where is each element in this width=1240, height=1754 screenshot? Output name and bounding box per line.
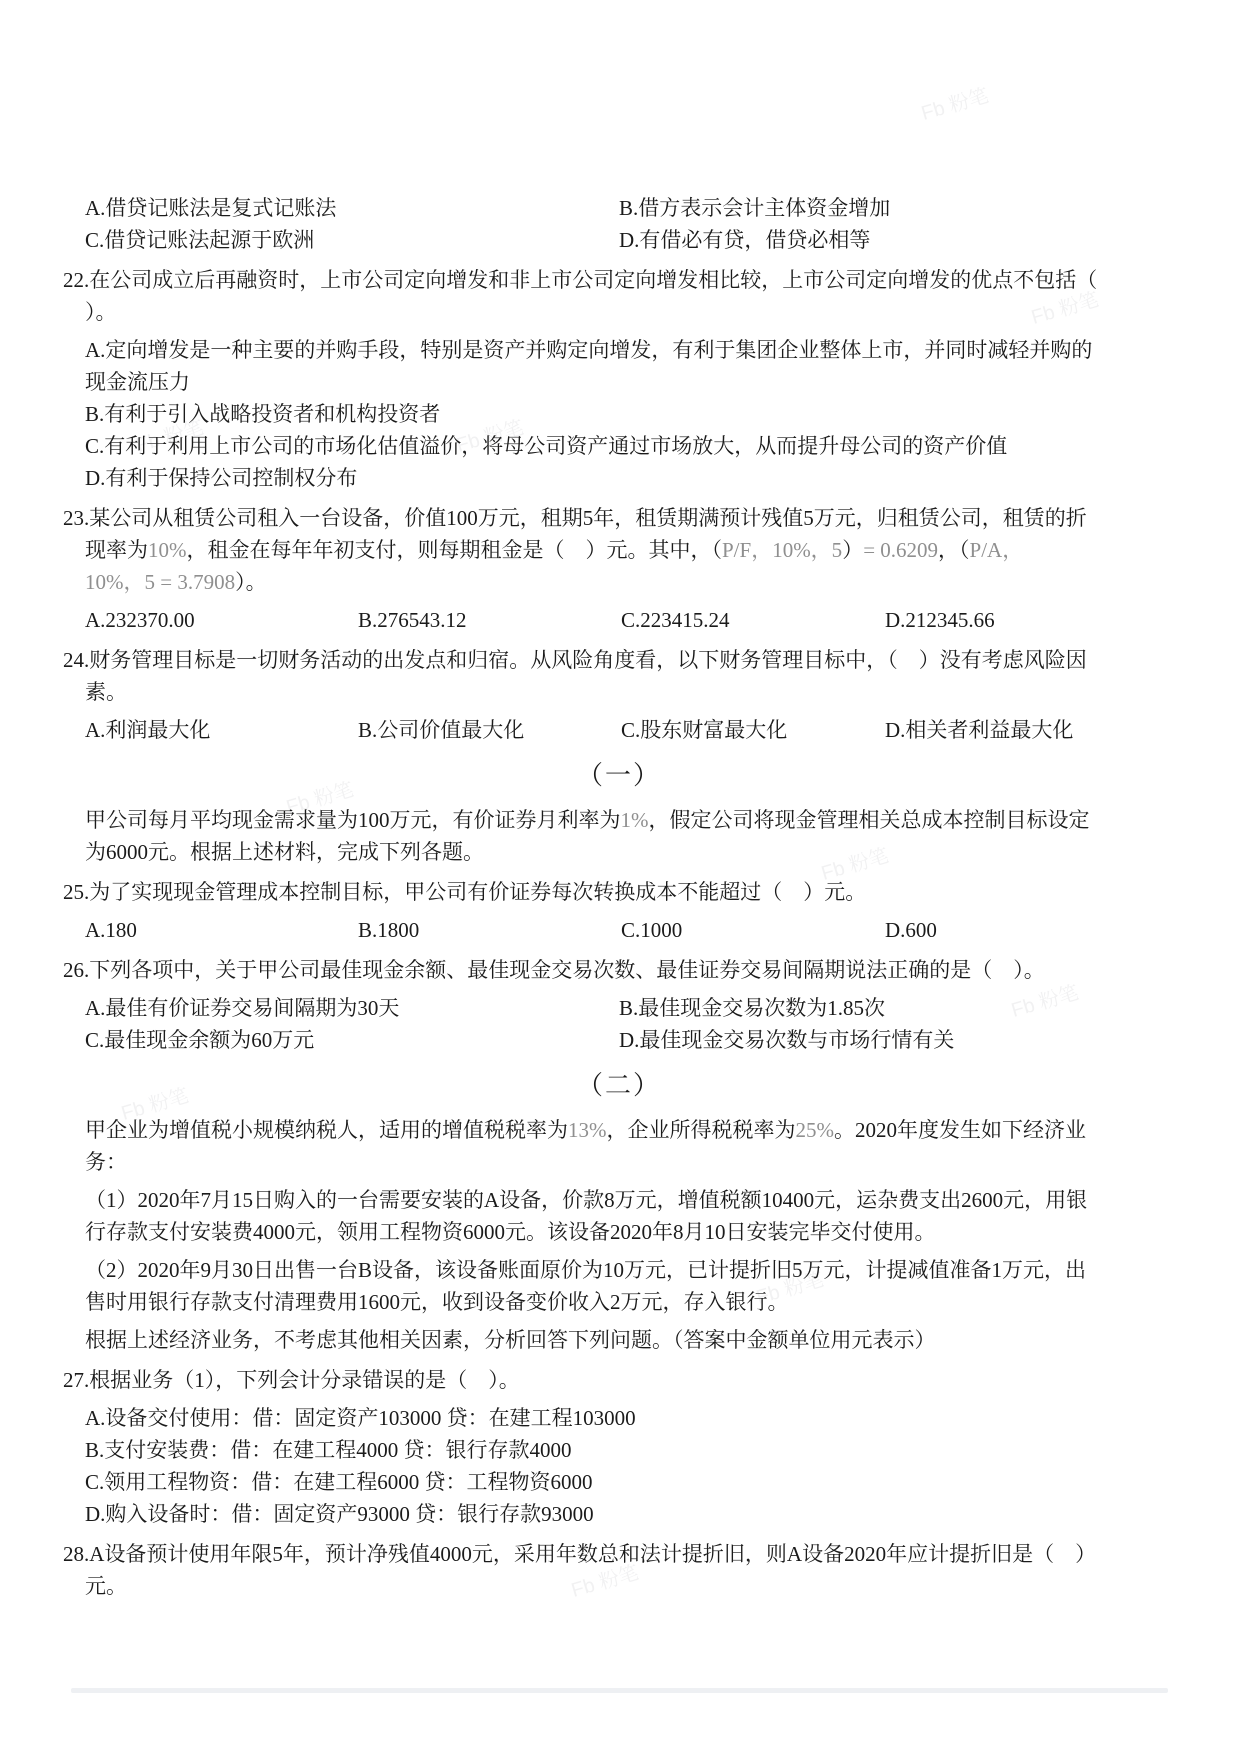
question-line: 22.在公司成立后再融资时，上市公司定向增发和非上市公司定向增发相比较，上市公司…: [63, 264, 1175, 296]
section-header: （一）: [63, 754, 1175, 798]
text-segment: 26.下列各项中，关于甲公司最佳现金余额、最佳现金交易次数、最佳证券交易间隔期说…: [63, 958, 1045, 982]
text-segment: 素。: [85, 680, 127, 704]
text-segment: A.定向增发是一种主要的并购手段，特别是资产并购定向增发，有利于集团企业整体上市…: [85, 338, 1092, 362]
paragraph-line: 售时用银行存款支付清理费用1600元，收到设备变价收入2万元，存入银行。: [63, 1286, 1175, 1318]
text-segment: 为6000元。根据上述材料，完成下列各题。: [85, 840, 484, 864]
option-cell: B.最佳现金交易次数为1.85次: [619, 992, 1175, 1024]
paragraph-line: （2）2020年9月30日出售一台B设备，该设备账面原价为10万元，已计提折旧5…: [63, 1254, 1175, 1286]
option-row: A.180B.1800C.1000D.600: [63, 914, 1175, 946]
text-segment: C.领用工程物资：借：在建工程6000 贷：工程物资6000: [85, 1470, 593, 1494]
paragraph-line: 务：: [63, 1146, 1175, 1178]
text-segment: ）: [842, 538, 863, 562]
option-line: D.有利于保持公司控制权分布: [63, 462, 1175, 494]
paragraph-line: 根据上述经济业务，不考虑其他相关因素，分析回答下列问题。（答案中金额单位用元表示…: [63, 1324, 1175, 1356]
question-line: 28.A设备预计使用年限5年，预计净残值4000元，采用年数总和法计提折旧，则A…: [63, 1538, 1175, 1570]
option-list: A.设备交付使用：借：固定资产103000 贷：在建工程103000B.支付安装…: [63, 1402, 1175, 1530]
option-line: A.设备交付使用：借：固定资产103000 贷：在建工程103000: [63, 1402, 1175, 1434]
text-segment: D.购入设备时：借：固定资产93000 贷：银行存款93000: [85, 1502, 594, 1526]
option-cell: C.股东财富最大化: [621, 714, 885, 746]
text-segment: ）。: [235, 570, 267, 594]
option-cell: D.212345.66: [885, 604, 1175, 636]
option-row: A.借贷记账法是复式记账法B.借方表示会计主体资金增加: [63, 192, 1175, 224]
formula: P/A，: [970, 538, 1024, 562]
option-cell: D.相关者利益最大化: [885, 714, 1175, 746]
formula: 10%，5 = 3.7908: [85, 570, 235, 594]
exam-question: 28.A设备预计使用年限5年，预计净残值4000元，采用年数总和法计提折旧，则A…: [63, 1538, 1175, 1602]
question-line: 23.某公司从租赁公司租入一台设备，价值100万元，租期5年，租赁期满预计残值5…: [63, 502, 1175, 534]
text-segment: （2）2020年9月30日出售一台B设备，该设备账面原价为10万元，已计提折旧5…: [85, 1258, 1086, 1282]
question-line: 素。: [63, 676, 1175, 708]
option-cell: B.1800: [358, 914, 621, 946]
option-line: 现金流压力: [63, 366, 1175, 398]
paragraph-line: （1）2020年7月15日购入的一台需要安装的A设备，价款8万元，增值税额104…: [63, 1184, 1175, 1216]
option-cell: A.180: [85, 914, 358, 946]
question-line: ）。: [63, 296, 1175, 328]
formula: 25%: [796, 1118, 835, 1142]
option-cell: B.276543.12: [358, 604, 621, 636]
text-segment: 售时用银行存款支付清理费用1600元，收到设备变价收入2万元，存入银行。: [85, 1290, 789, 1314]
text-segment: 行存款支付安装费4000元，领用工程物资6000元。该设备2020年8月10日安…: [85, 1220, 936, 1244]
option-cell: B.借方表示会计主体资金增加: [619, 192, 1175, 224]
exam-question: 22.在公司成立后再融资时，上市公司定向增发和非上市公司定向增发相比较，上市公司…: [63, 264, 1175, 328]
text-segment: 甲企业为增值税小规模纳税人，适用的增值税税率为: [85, 1118, 568, 1142]
text-segment: 27.根据业务（1），下列会计分录错误的是（ ）。: [63, 1368, 520, 1392]
question-line: 现率为10%，租金在每年年初支付，则每期租金是（ ）元。其中，（P/F，10%，…: [63, 534, 1175, 566]
exam-question: 23.某公司从租赁公司租入一台设备，价值100万元，租期5年，租赁期满预计残值5…: [63, 502, 1175, 598]
option-cell: D.最佳现金交易次数与市场行情有关: [619, 1024, 1175, 1056]
option-row: A.最佳有价证券交易间隔期为30天B.最佳现金交易次数为1.85次: [63, 992, 1175, 1024]
option-line: C.有利于利用上市公司的市场化估值溢价，将母公司资产通过市场放大，从而提升母公司…: [63, 430, 1175, 462]
exam-question: 24.财务管理目标是一切财务活动的出发点和归宿。从风险角度看，以下财务管理目标中…: [63, 644, 1175, 708]
text-segment: 务：: [85, 1150, 127, 1174]
question-line: 元。: [63, 1570, 1175, 1602]
paragraph-line: 为6000元。根据上述材料，完成下列各题。: [63, 836, 1175, 868]
text-segment: ）。: [85, 300, 117, 324]
text-segment: 28.A设备预计使用年限5年，预计净残值4000元，采用年数总和法计提折旧，则A…: [63, 1542, 1096, 1566]
paragraph-line: 甲公司每月平均现金需求量为100万元，有价证券月利率为1%，假定公司将现金管理相…: [63, 804, 1175, 836]
option-cell: A.借贷记账法是复式记账法: [85, 192, 619, 224]
question-line: 25.为了实现现金管理成本控制目标，甲公司有价证券每次转换成本不能超过（ ）元。: [63, 876, 1175, 908]
exam-question: 27.根据业务（1），下列会计分录错误的是（ ）。: [63, 1364, 1175, 1396]
text-segment: 现金流压力: [85, 370, 190, 394]
document-content: A.借贷记账法是复式记账法B.借方表示会计主体资金增加C.借贷记账法起源于欧洲D…: [63, 186, 1175, 1602]
option-line: B.支付安装费：借：在建工程4000 贷：银行存款4000: [63, 1434, 1175, 1466]
option-cell: C.最佳现金余额为60万元: [85, 1024, 619, 1056]
question-line: 27.根据业务（1），下列会计分录错误的是（ ）。: [63, 1364, 1175, 1396]
option-list: A.定向增发是一种主要的并购手段，特别是资产并购定向增发，有利于集团企业整体上市…: [63, 334, 1175, 494]
text-segment: A.设备交付使用：借：固定资产103000 贷：在建工程103000: [85, 1406, 636, 1430]
text-segment: 根据上述经济业务，不考虑其他相关因素，分析回答下列问题。（答案中金额单位用元表示…: [85, 1328, 936, 1352]
text-segment: B.有利于引入战略投资者和机构投资者: [85, 402, 440, 426]
option-cell: D.600: [885, 914, 1175, 946]
exam-question: 25.为了实现现金管理成本控制目标，甲公司有价证券每次转换成本不能超过（ ）元。: [63, 876, 1175, 908]
text-segment: ，租金在每年年初支付，则每期租金是（ ）元。其中，（: [187, 538, 723, 562]
text-segment: ，企业所得税税率为: [607, 1118, 796, 1142]
option-line: D.购入设备时：借：固定资产93000 贷：银行存款93000: [63, 1498, 1175, 1530]
watermark: Fb 粉笔: [917, 79, 991, 126]
material-paragraph: 甲企业为增值税小规模纳税人，适用的增值税税率为13%，企业所得税税率为25%。2…: [63, 1114, 1175, 1178]
option-row: C.最佳现金余额为60万元D.最佳现金交易次数与市场行情有关: [63, 1024, 1175, 1056]
text-segment: ，假定公司将现金管理相关总成本控制目标设定: [649, 808, 1090, 832]
material-paragraph: （1）2020年7月15日购入的一台需要安装的A设备，价款8万元，增值税额104…: [63, 1184, 1175, 1248]
text-segment: 22.在公司成立后再融资时，上市公司定向增发和非上市公司定向增发相比较，上市公司…: [63, 268, 1097, 292]
text-segment: B.支付安装费：借：在建工程4000 贷：银行存款4000: [85, 1438, 572, 1462]
section-header: （二）: [63, 1064, 1175, 1108]
page-bottom-divider: [71, 1688, 1168, 1693]
option-cell: D.有借必有贷，借贷必相等: [619, 224, 1175, 256]
option-row: A.利润最大化B.公司价值最大化C.股东财富最大化D.相关者利益最大化: [63, 714, 1175, 746]
paragraph-line: 甲企业为增值税小规模纳税人，适用的增值税税率为13%，企业所得税税率为25%。2…: [63, 1114, 1175, 1146]
option-line: A.定向增发是一种主要的并购手段，特别是资产并购定向增发，有利于集团企业整体上市…: [63, 334, 1175, 366]
text-segment: 元。: [85, 1574, 127, 1598]
text-segment: 甲公司每月平均现金需求量为100万元，有价证券月利率为: [85, 808, 621, 832]
text-segment: 。2020年度发生如下经济业: [834, 1118, 1086, 1142]
text-segment: ，（: [938, 538, 970, 562]
formula: 10%: [148, 538, 187, 562]
option-line: C.领用工程物资：借：在建工程6000 贷：工程物资6000: [63, 1466, 1175, 1498]
option-cell: A.利润最大化: [85, 714, 358, 746]
text-segment: 24.财务管理目标是一切财务活动的出发点和归宿。从风险角度看，以下财务管理目标中…: [63, 648, 1087, 672]
text-segment: C.有利于利用上市公司的市场化估值溢价，将母公司资产通过市场放大，从而提升母公司…: [85, 434, 1007, 458]
formula: P/F，10%，5: [722, 538, 842, 562]
option-cell: C.1000: [621, 914, 885, 946]
question-line: 26.下列各项中，关于甲公司最佳现金余额、最佳现金交易次数、最佳证券交易间隔期说…: [63, 954, 1175, 986]
text-segment: D.有利于保持公司控制权分布: [85, 466, 357, 490]
question-line: 10%，5 = 3.7908）。: [63, 566, 1175, 598]
material-paragraph: 甲公司每月平均现金需求量为100万元，有价证券月利率为1%，假定公司将现金管理相…: [63, 804, 1175, 868]
option-cell: B.公司价值最大化: [358, 714, 621, 746]
material-paragraph: 根据上述经济业务，不考虑其他相关因素，分析回答下列问题。（答案中金额单位用元表示…: [63, 1324, 1175, 1356]
option-cell: C.223415.24: [621, 604, 885, 636]
option-cell: C.借贷记账法起源于欧洲: [85, 224, 619, 256]
text-segment: 25.为了实现现金管理成本控制目标，甲公司有价证券每次转换成本不能超过（ ）元。: [63, 880, 866, 904]
question-line: 24.财务管理目标是一切财务活动的出发点和归宿。从风险角度看，以下财务管理目标中…: [63, 644, 1175, 676]
option-cell: A.232370.00: [85, 604, 358, 636]
text-segment: （1）2020年7月15日购入的一台需要安装的A设备，价款8万元，增值税额104…: [85, 1188, 1087, 1212]
formula: 13%: [568, 1118, 607, 1142]
paragraph-line: 行存款支付安装费4000元，领用工程物资6000元。该设备2020年8月10日安…: [63, 1216, 1175, 1248]
option-row: A.232370.00B.276543.12C.223415.24D.21234…: [63, 604, 1175, 636]
formula: = 0.6209: [863, 538, 938, 562]
material-paragraph: （2）2020年9月30日出售一台B设备，该设备账面原价为10万元，已计提折旧5…: [63, 1254, 1175, 1318]
exam-question: 26.下列各项中，关于甲公司最佳现金余额、最佳现金交易次数、最佳证券交易间隔期说…: [63, 954, 1175, 986]
text-segment: 现率为: [85, 538, 148, 562]
page: { "page": { "background": "#ffffff", "te…: [0, 0, 1240, 1754]
text-segment: 23.某公司从租赁公司租入一台设备，价值100万元，租期5年，租赁期满预计残值5…: [63, 506, 1087, 530]
option-cell: A.最佳有价证券交易间隔期为30天: [85, 992, 619, 1024]
option-row: C.借贷记账法起源于欧洲D.有借必有贷，借贷必相等: [63, 224, 1175, 256]
formula: 1%: [621, 808, 649, 832]
option-line: B.有利于引入战略投资者和机构投资者: [63, 398, 1175, 430]
